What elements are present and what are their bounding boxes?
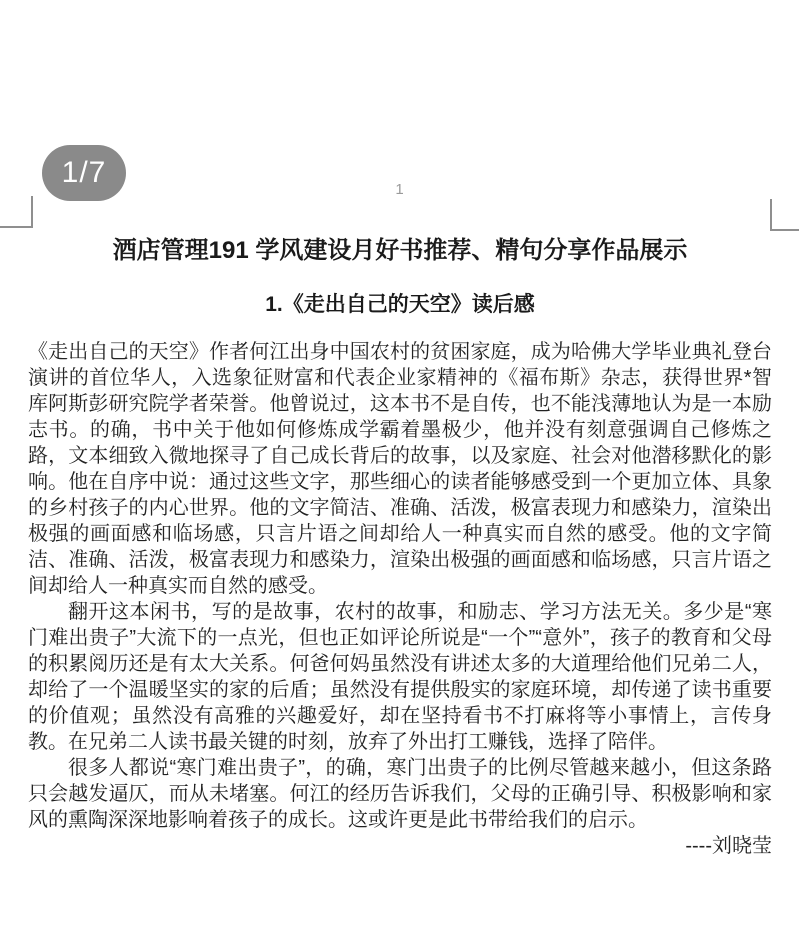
document-viewer: { "viewer": { "page_badge": "1/7", "page… (0, 0, 799, 928)
document-title: 酒店管理191 学风建设月好书推荐、精句分享作品展示 (28, 237, 772, 264)
signature: ----刘晓莹 (28, 833, 772, 859)
page-corner-mark-left-icon (0, 196, 33, 228)
page-corner-mark-right-icon (770, 199, 799, 231)
document-body: 《走出自己的天空》作者何江出身中国农村的贫困家庭，成为哈佛大学毕业典礼登台演讲的… (28, 339, 772, 859)
paragraph: 很多人都说“寒门难出贵子”，的确，寒门出贵子的比例尽管越来越小，但这条路只会越发… (28, 755, 772, 833)
paragraph: 《走出自己的天空》作者何江出身中国农村的贫困家庭，成为哈佛大学毕业典礼登台演讲的… (28, 339, 772, 599)
document-subtitle: 1.《走出自己的天空》读后感 (28, 293, 772, 317)
document-page: 酒店管理191 学风建设月好书推荐、精句分享作品展示 1.《走出自己的天空》读后… (28, 237, 772, 859)
paragraph: 翻开这本闲书，写的是故事，农村的故事，和励志、学习方法无关。多少是“寒门难出贵子… (28, 599, 772, 755)
page-number: 1 (0, 181, 799, 198)
